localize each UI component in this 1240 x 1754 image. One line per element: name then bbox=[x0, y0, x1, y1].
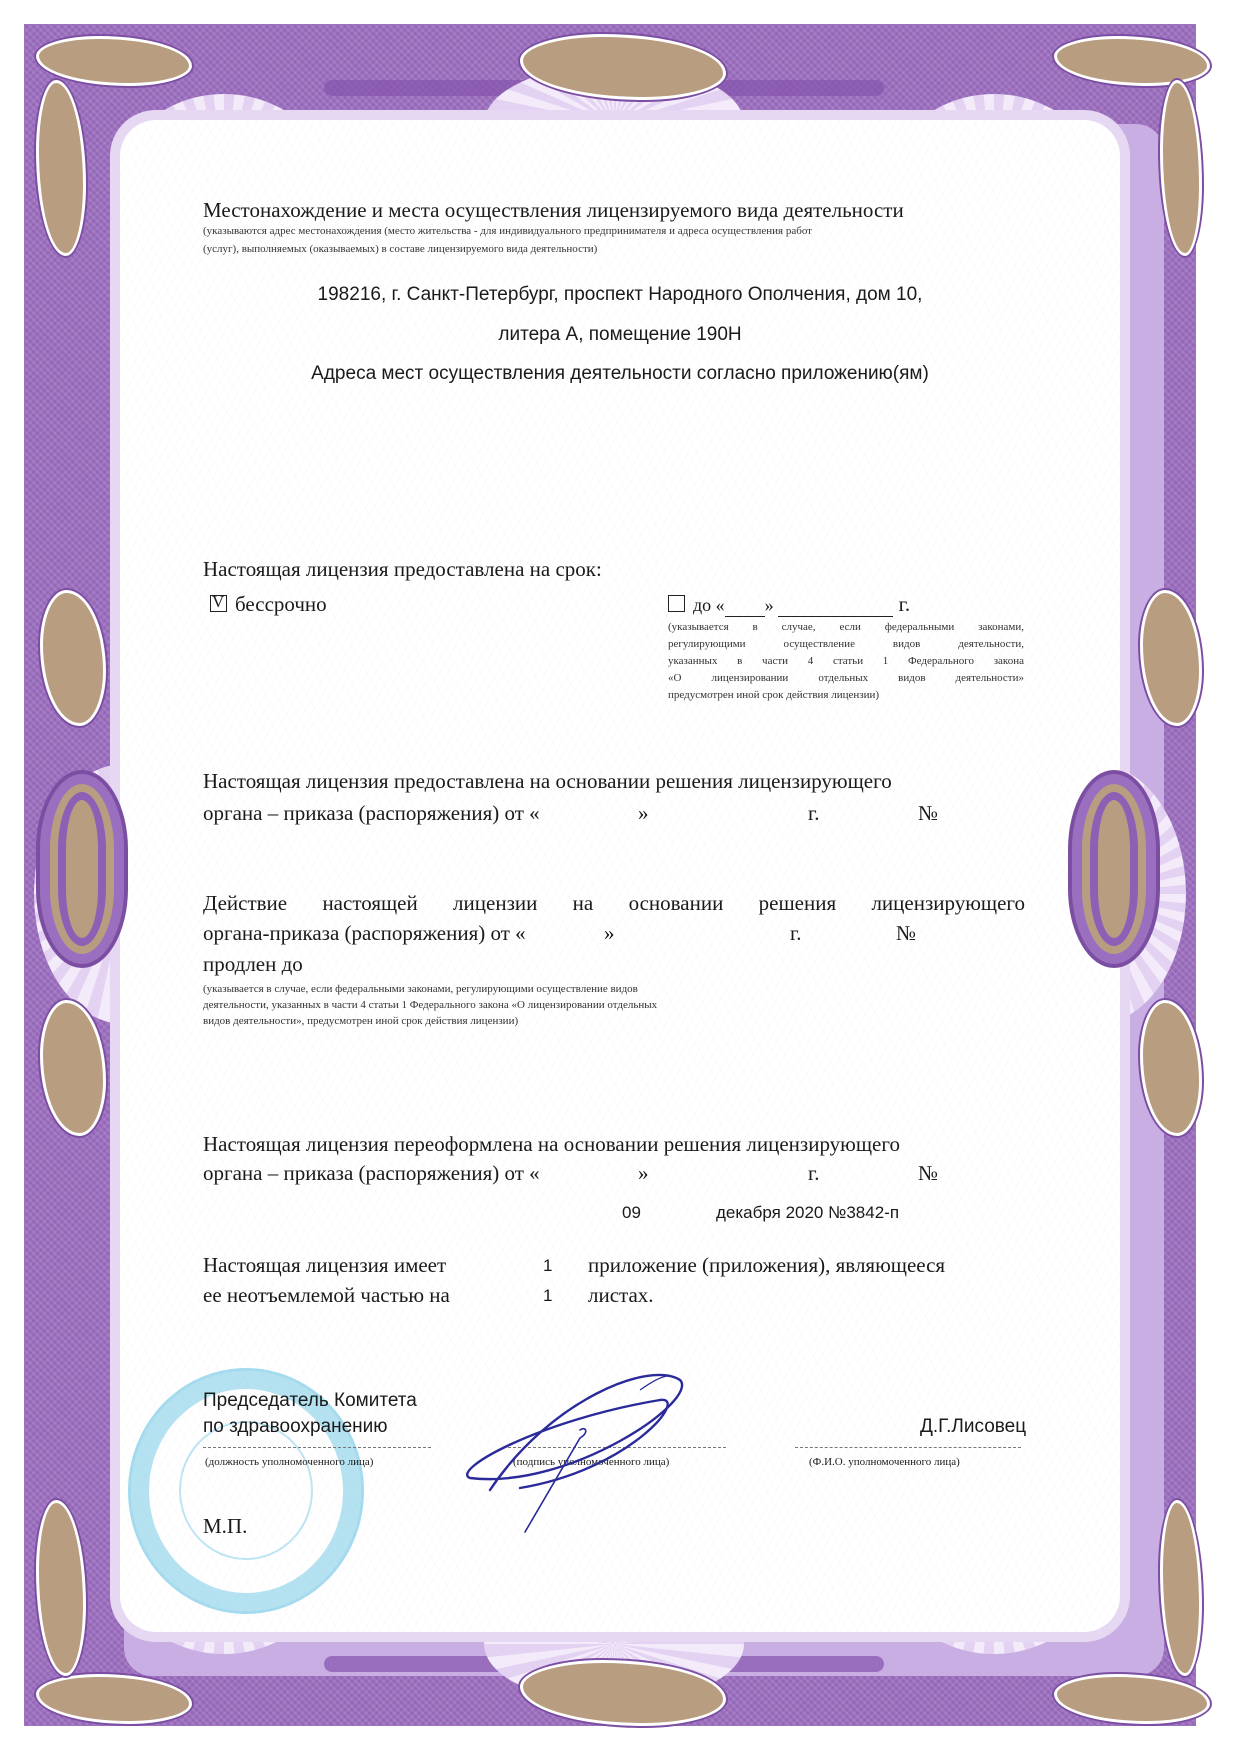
extension-extended-until: продлен до bbox=[203, 952, 303, 977]
left-medallion-ornament bbox=[36, 770, 128, 968]
official-seal-inner-ring bbox=[179, 1421, 313, 1560]
term-note-line: (указывается в случае, если федеральными… bbox=[668, 619, 1024, 636]
reissue-line-2-prefix: органа – приказа (распоряжения) от « bbox=[203, 1161, 540, 1186]
term-until-suffix: г. bbox=[899, 592, 911, 616]
extension-line-1: Действие настоящей лицензии на основании… bbox=[203, 891, 1025, 916]
until-checkbox-unchecked[interactable] bbox=[668, 595, 685, 612]
term-heading: Настоящая лицензия предоставлена на срок… bbox=[203, 557, 602, 582]
basis-number-label: № bbox=[918, 801, 938, 826]
address-line-2: литера А, помещение 190Н bbox=[0, 324, 1240, 346]
reissue-line-1: Настоящая лицензия переоформлена на осно… bbox=[203, 1132, 900, 1157]
reissue-day-value: 09 bbox=[622, 1203, 641, 1223]
term-note-line: регулирующими осуществление видов деятел… bbox=[668, 636, 1024, 653]
location-note-line1: (указываются адрес местонахождения (мест… bbox=[203, 225, 812, 237]
term-note-line: «О лицензировании отдельных видов деятел… bbox=[668, 670, 1024, 687]
term-note-line: указанных в части 4 статьи 1 Федеральног… bbox=[668, 653, 1024, 670]
term-note-line: предусмотрен иной срок действия лицензии… bbox=[668, 687, 1024, 704]
appendix-sheets-value: 1 bbox=[543, 1286, 552, 1306]
term-until-mid: » bbox=[765, 595, 774, 615]
extension-line-2-prefix: органа-приказа (распоряжения) от « bbox=[203, 921, 526, 946]
basis-year-label: г. bbox=[808, 801, 820, 826]
term-unlimited-option[interactable]: бессрочно bbox=[210, 592, 327, 617]
appendix-count-value: 1 bbox=[543, 1256, 552, 1276]
term-until-day-field[interactable] bbox=[725, 598, 765, 617]
reissue-number-label: № bbox=[918, 1161, 938, 1186]
term-note: (указывается в случае, если федеральными… bbox=[668, 619, 1024, 704]
position-caption: (должность уполномоченного лица) bbox=[205, 1456, 373, 1468]
signatory-position-line2: по здравоохранению bbox=[203, 1416, 388, 1438]
seal-place-label: М.П. bbox=[203, 1514, 247, 1539]
reissue-date-number-value: декабря 2020 №3842-п bbox=[716, 1203, 899, 1223]
extension-note-line: деятельности, указанных в части 4 статьи… bbox=[203, 997, 657, 1013]
appendix-line-2-suffix: листах. bbox=[588, 1283, 654, 1308]
term-until-option[interactable]: до «»г. bbox=[668, 592, 910, 617]
extension-quote-close: » bbox=[604, 921, 615, 946]
location-title: Местонахождение и места осуществления ли… bbox=[203, 198, 904, 223]
extension-note-line: (указывается в случае, если федеральными… bbox=[203, 981, 638, 997]
basis-line-2-prefix: органа – приказа (распоряжения) от « bbox=[203, 801, 540, 826]
extension-year-label: г. bbox=[790, 921, 802, 946]
term-unlimited-label: бессрочно bbox=[235, 592, 327, 616]
address-line-1: 198216, г. Санкт-Петербург, проспект Нар… bbox=[0, 284, 1240, 306]
reissue-quote-close: » bbox=[638, 1161, 649, 1186]
signatory-position-line1: Председатель Комитета bbox=[203, 1390, 417, 1412]
basis-quote-close: » bbox=[638, 801, 649, 826]
handwritten-signature bbox=[430, 1360, 730, 1540]
signatory-name: Д.Г.Лисовец bbox=[920, 1416, 1026, 1438]
appendix-line-2-prefix: ее неотъемлемой частью на bbox=[203, 1283, 450, 1308]
basis-line-1: Настоящая лицензия предоставлена на осно… bbox=[203, 769, 892, 794]
appendix-line-1-prefix: Настоящая лицензия имеет bbox=[203, 1253, 446, 1278]
appendix-line-1-suffix: приложение (приложения), являющееся bbox=[588, 1253, 945, 1278]
name-caption: (Ф.И.О. уполномоченного лица) bbox=[809, 1456, 960, 1468]
unlimited-checkbox-checked[interactable] bbox=[210, 595, 227, 612]
term-until-month-field[interactable] bbox=[778, 598, 893, 617]
term-until-prefix: до « bbox=[693, 595, 725, 615]
extension-note-line: видов деятельности», предусмотрен иной с… bbox=[203, 1013, 518, 1029]
name-signature-line bbox=[795, 1447, 1021, 1448]
right-medallion-ornament bbox=[1068, 770, 1160, 968]
reissue-year-label: г. bbox=[808, 1161, 820, 1186]
position-signature-line bbox=[203, 1447, 431, 1448]
extension-number-label: № bbox=[896, 921, 916, 946]
address-line-3: Адреса мест осуществления деятельности с… bbox=[0, 363, 1240, 385]
location-note-line2: (услуг), выполняемых (оказываемых) в сос… bbox=[203, 243, 597, 255]
